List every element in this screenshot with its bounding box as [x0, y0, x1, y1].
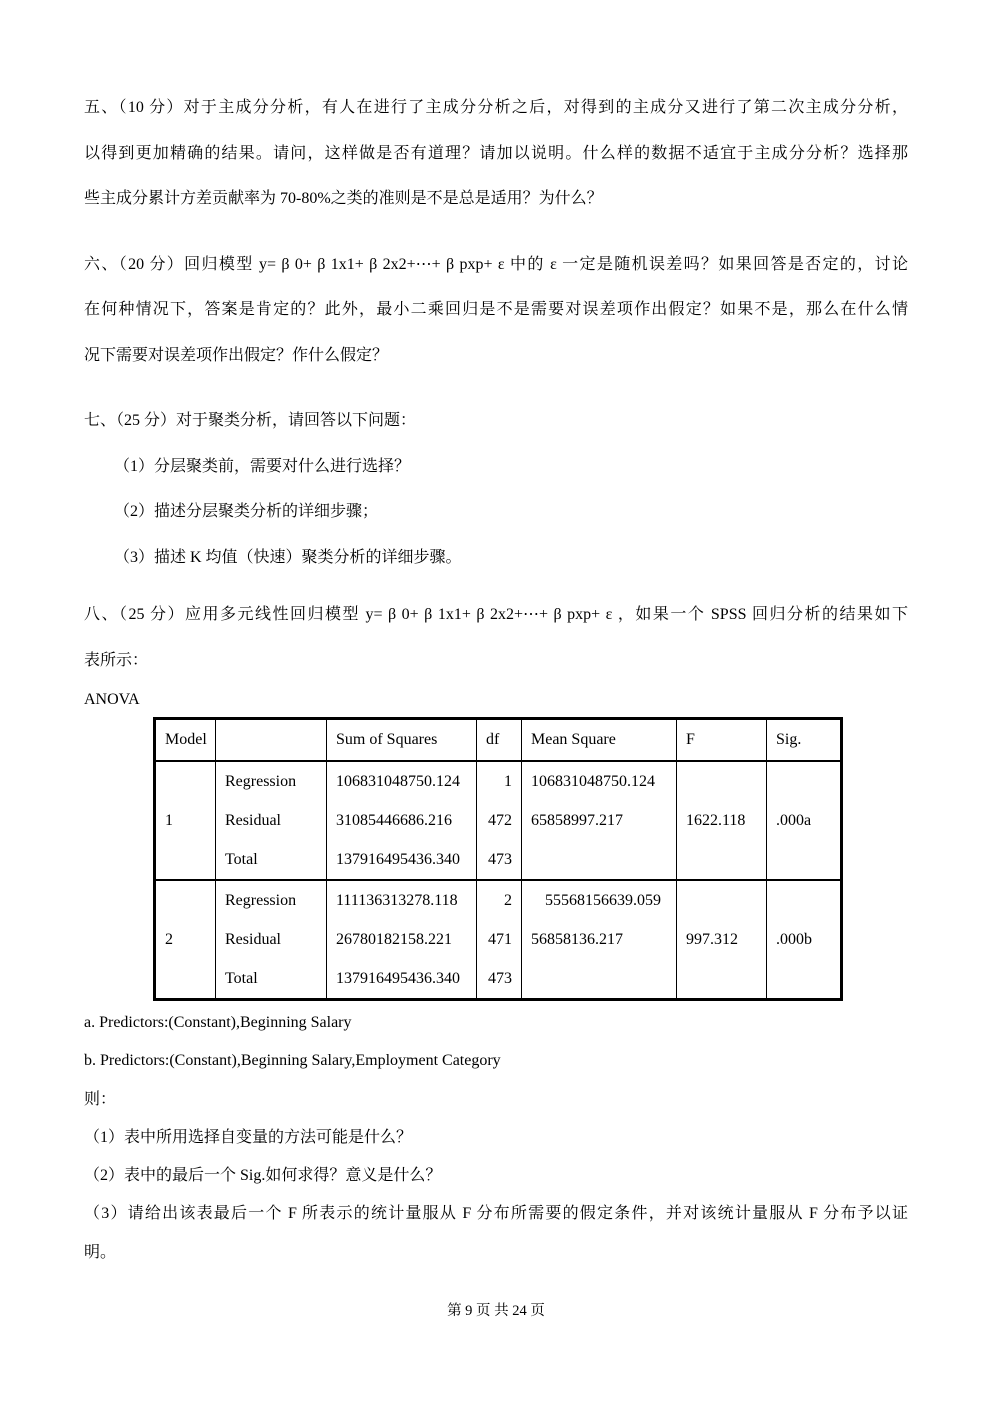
model-1-regression-label: Regression	[216, 761, 327, 801]
model-1-residual-ss: 31085446686.216	[327, 801, 477, 840]
question-8-item-3: （3）请给出该表最后一个 F 所表示的统计量服从 F 分布所需要的假定条件，并对…	[84, 1195, 908, 1233]
question-8-item-2: （2）表中的最后一个 Sig.如何求得？意义是什么？	[84, 1157, 908, 1195]
model-2-total-ss: 137916495436.340	[327, 959, 477, 1000]
question-7-intro: 七、（25 分）对于聚类分析，请回答以下问题：	[84, 398, 908, 444]
question-8: 八、（25 分）应用多元线性回归模型 y= β 0+ β 1x1+ β 2x2+…	[84, 592, 908, 717]
anova-header-rowlabel	[216, 719, 327, 762]
table-footnotes-and-questions: a. Predictors:(Constant),Beginning Salar…	[84, 1004, 908, 1272]
model-2-f: 997.312	[677, 880, 767, 1000]
model-2-regression-ms: 55568156639.059	[522, 880, 677, 920]
model-1-regression-ss: 106831048750.124	[327, 761, 477, 801]
model-2-total-ms	[522, 959, 677, 1000]
model-1-regression-ms: 106831048750.124	[522, 761, 677, 801]
question-7-item-2: （2）描述分层聚类分析的详细步骤；	[84, 489, 908, 535]
model-1-residual-label: Residual	[216, 801, 327, 840]
model-2-residual-ms: 56858136.217	[522, 920, 677, 959]
model-2-total-df: 473	[477, 959, 522, 1000]
anova-header-mean-square: Mean Square	[522, 719, 677, 762]
model-2-sig: .000b	[767, 880, 842, 1000]
question-5-line-2: 以得到更加精确的结果。请问，这样做是否有道理？请加以说明。什么样的数据不适宜于主…	[84, 131, 908, 177]
table-row: 2 Regression 111136313278.118 2 55568156…	[155, 880, 842, 920]
question-6-line-1: 六、（20 分）回归模型 y= β 0+ β 1x1+ β 2x2+⋯+ β p…	[84, 242, 908, 288]
model-2-residual-ss: 26780182158.221	[327, 920, 477, 959]
question-7-item-3: （3）描述 K 均值（快速）聚类分析的详细步骤。	[84, 535, 908, 581]
anova-header-row: Model Sum of Squares df Mean Square F Si…	[155, 719, 842, 762]
anova-header-model: Model	[155, 719, 216, 762]
model-2-residual-label: Residual	[216, 920, 327, 959]
model-1-residual-ms: 65858997.217	[522, 801, 677, 840]
model-1-sig: .000a	[767, 761, 842, 880]
model-2-regression-label: Regression	[216, 880, 327, 920]
model-1-total-label: Total	[216, 840, 327, 880]
question-6: 六、（20 分）回归模型 y= β 0+ β 1x1+ β 2x2+⋯+ β p…	[84, 242, 908, 379]
model-2-total-label: Total	[216, 959, 327, 1000]
then-label: 则：	[84, 1081, 908, 1119]
question-8-line-1: 八、（25 分）应用多元线性回归模型 y= β 0+ β 1x1+ β 2x2+…	[84, 592, 908, 638]
model-2-regression-ss: 111136313278.118	[327, 880, 477, 920]
model-1-total-ss: 137916495436.340	[327, 840, 477, 880]
question-5-line-1: 五、（10 分）对于主成分分析，有人在进行了主成分分析之后，对得到的主成分又进行…	[84, 85, 908, 131]
model-1-f: 1622.118	[677, 761, 767, 880]
question-5-line-3: 些主成分累计方差贡献率为 70-80%之类的准则是不是总是适用？为什么？	[84, 176, 908, 222]
question-5: 五、（10 分）对于主成分分析，有人在进行了主成分分析之后，对得到的主成分又进行…	[84, 85, 908, 222]
question-8-line-2: 表所示：	[84, 638, 908, 684]
question-8-item-3-cont: 明。	[84, 1234, 908, 1272]
model-2-regression-df: 2	[477, 880, 522, 920]
anova-header-f: F	[677, 719, 767, 762]
model-1-total-df: 473	[477, 840, 522, 880]
anova-table-title: ANOVA	[84, 683, 908, 717]
model-2-residual-df: 471	[477, 920, 522, 959]
table-row: 1 Regression 106831048750.124 1 10683104…	[155, 761, 842, 801]
question-6-line-3: 况下需要对误差项作出假定？作什么假定？	[84, 333, 908, 379]
page-number-footer: 第 9 页 共 24 页	[84, 1292, 908, 1330]
anova-header-df: df	[477, 719, 522, 762]
footnote-b: b. Predictors:(Constant),Beginning Salar…	[84, 1042, 908, 1080]
anova-header-sum-of-squares: Sum of Squares	[327, 719, 477, 762]
model-1-regression-df: 1	[477, 761, 522, 801]
footnote-a: a. Predictors:(Constant),Beginning Salar…	[84, 1004, 908, 1042]
anova-header-sig: Sig.	[767, 719, 842, 762]
question-8-item-1: （1）表中所用选择自变量的方法可能是什么？	[84, 1119, 908, 1157]
model-1-total-ms	[522, 840, 677, 880]
anova-table: Model Sum of Squares df Mean Square F Si…	[153, 717, 843, 1001]
model-2-number: 2	[155, 880, 216, 1000]
question-6-line-2: 在何种情况下，答案是肯定的？此外，最小二乘回归是不是需要对误差项作出假定？如果不…	[84, 287, 908, 333]
exam-page: 五、（10 分）对于主成分分析，有人在进行了主成分分析之后，对得到的主成分又进行…	[0, 0, 992, 1330]
question-7: 七、（25 分）对于聚类分析，请回答以下问题： （1）分层聚类前，需要对什么进行…	[84, 398, 908, 580]
question-7-item-1: （1）分层聚类前，需要对什么进行选择？	[84, 444, 908, 490]
model-1-number: 1	[155, 761, 216, 880]
model-1-residual-df: 472	[477, 801, 522, 840]
